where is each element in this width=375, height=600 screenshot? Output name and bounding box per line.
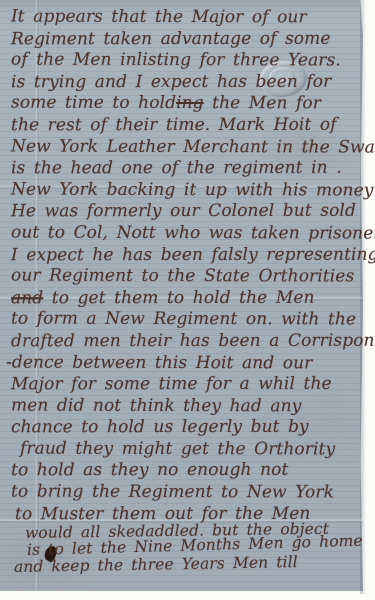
letter-line-text: the rest of their time. Mark Hoit of	[11, 115, 337, 136]
letter-line: Major for some time for a whil the	[11, 374, 359, 396]
letter-line: New York backing it up with his money	[11, 179, 359, 202]
letter-line: to bring the Regiment to New York	[11, 482, 359, 505]
letter-line: out to Col, Nott who was taken prisoner	[11, 222, 359, 245]
letter-line: -dence between this Hoit and our	[6, 352, 359, 375]
letter-line-text: fraud they might get the Orthority	[20, 438, 335, 459]
letter-scan: It appears that the Major of ourRegiment…	[0, 0, 375, 600]
letter-line-text: of the Men inlisting for three Years.	[11, 50, 341, 71]
letter-line: our Regiment to the State Orthorities	[11, 266, 359, 289]
letter-line: drafted men their has been a Corrispon	[11, 331, 359, 353]
letter-line-text: some time to hold	[11, 93, 176, 113]
struck-out-word: ing	[176, 93, 204, 113]
letter-line: the rest of their time. Mark Hoit of	[11, 115, 359, 137]
letter-line: men did not think they had any	[11, 395, 359, 418]
letter-line-text: Major for some time for a whil the	[11, 374, 332, 395]
letter-line: He was formerly our Colonel but sold	[11, 201, 359, 223]
letter-line: some time to holding the Men for	[11, 93, 359, 116]
letter-line-text: to get them to hold the Men	[43, 287, 314, 307]
letter-line-text: out to Col, Nott who was taken prisoner	[11, 222, 375, 243]
letter-line-text: the Men for	[204, 93, 321, 113]
letter-line-text: chance to hold us legerly but by	[11, 417, 309, 438]
letter-line-text: It appears that the Major of our	[11, 7, 307, 28]
letter-line-text: drafted men their has been a Corrispon	[11, 331, 375, 352]
letter-line-text: men did not think they had any	[11, 395, 301, 416]
letter-line-text: New York Leather Merchant in the Swamp	[11, 136, 375, 157]
letter-line-text: He was formerly our Colonel but sold	[11, 201, 356, 222]
letter-line: of the Men inlisting for three Years.	[11, 50, 359, 73]
letter-line-text: New York backing it up with his money	[11, 179, 374, 200]
letter-text: It appears that the Major of ourRegiment…	[11, 7, 359, 576]
letter-line-text: -dence between this Hoit and our	[6, 352, 312, 373]
letter-line: fraud they might get the Orthority	[20, 438, 359, 460]
letter-line: It appears that the Major of our	[11, 7, 359, 30]
struck-out-word: and	[11, 288, 43, 308]
paper-edge-shadow	[360, 0, 366, 594]
letter-line-text: is the head one of the regiment in .	[11, 158, 342, 179]
letter-line: Regiment taken advantage of some	[11, 28, 359, 50]
letter-line: and to get them to hold the Men	[11, 287, 359, 309]
letter-line: is trying and I expect has been for	[11, 71, 359, 93]
letter-line-text: to form a New Regiment on. with the	[11, 309, 356, 330]
letter-line: to hold as they no enough not	[11, 460, 359, 482]
letter-line: chance to hold us legerly but by	[11, 417, 359, 439]
letter-line-text: our Regiment to the State Orthorities	[11, 266, 354, 287]
letter-line-text: to bring the Regiment to New York	[11, 482, 334, 503]
letter-line: New York Leather Merchant in the Swamp	[11, 136, 359, 159]
letter-line: is the head one of the regiment in .	[11, 158, 359, 180]
letter-line: to form a New Regiment on. with the	[11, 309, 359, 332]
letter-line-text: Regiment taken advantage of some	[11, 28, 331, 49]
letter-line-text: to hold as they no enough not	[11, 460, 288, 480]
letter-line-text: and keep the three Years Men till	[14, 553, 298, 576]
letter-line-text: I expect he has been falsly representing	[11, 244, 375, 265]
letter-line-text: is trying and I expect has been for	[11, 72, 331, 93]
letter-line: and keep the three Years Men till	[14, 553, 359, 576]
letter-line: I expect he has been falsly representing	[11, 244, 359, 266]
